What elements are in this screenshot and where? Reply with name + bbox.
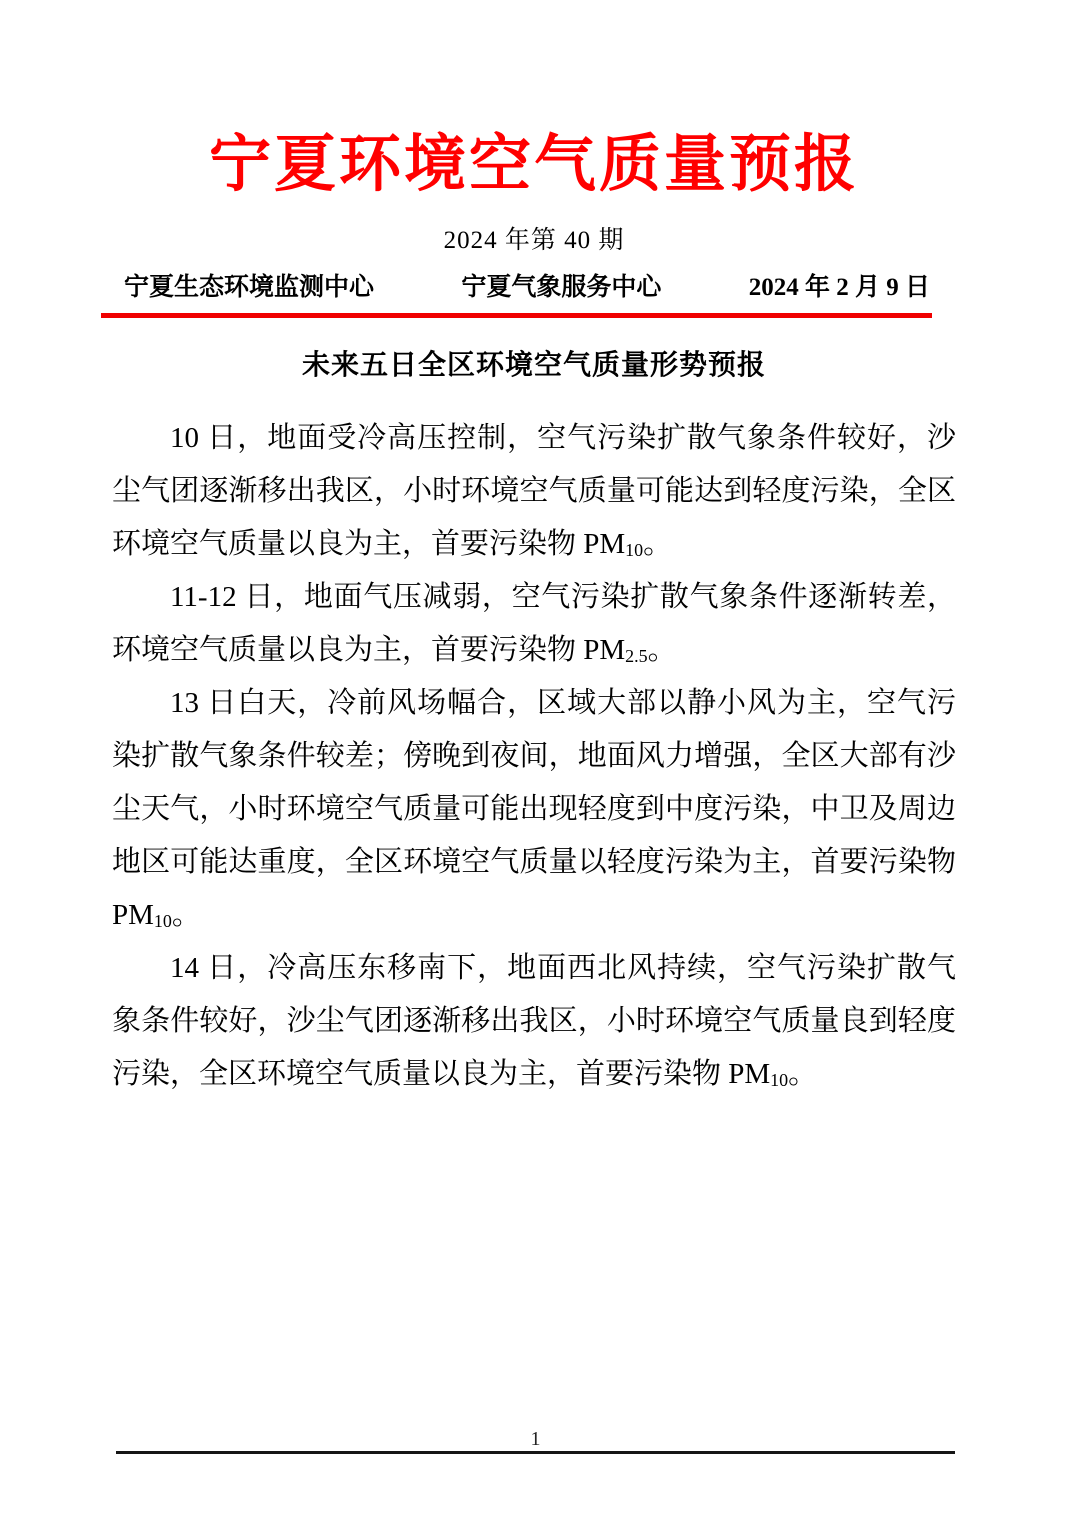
document-page: 宁夏环境空气质量预报 2024 年第 40 期 宁夏生态环境监测中心 宁夏气象服…	[0, 0, 1074, 1520]
text-run: 13 日白天，冷前风场幅合，区域大部以静小风为主，空气污染扩散气象条件较差；傍晚…	[112, 687, 956, 931]
document-title: 宁夏环境空气质量预报	[112, 132, 956, 198]
publish-date: 2024 年 2 月 9 日	[749, 272, 930, 304]
text-run: 14 日，冷高压东移南下，地面西北风持续，空气污染扩散气象条件较好，沙尘气团逐渐…	[112, 952, 956, 1090]
forecast-paragraph-day13: 13 日白天，冷前风场幅合，区域大部以静小风为主，空气污染扩散气象条件较差；傍晚…	[112, 677, 956, 942]
pollutant-subscript: 10	[625, 540, 643, 560]
text-run: 。	[172, 899, 201, 931]
forecast-paragraph-day10: 10 日，地面受冷高压控制，空气污染扩散气象条件较好，沙尘气团逐渐移出我区，小时…	[112, 412, 956, 571]
pollutant-subscript: 10	[770, 1070, 788, 1090]
text-run: 。	[643, 528, 672, 560]
page-footer: 1	[116, 1427, 955, 1454]
pollutant-subscript: 2.5	[625, 646, 647, 666]
pollutant-subscript: 10	[154, 911, 172, 931]
issue-number: 2024 年第 40 期	[112, 224, 956, 258]
header-row: 宁夏生态环境监测中心 宁夏气象服务中心 2024 年 2 月 9 日	[112, 272, 956, 304]
page-number: 1	[531, 1427, 541, 1451]
forecast-paragraph-day11-12: 11-12 日，地面气压减弱，空气污染扩散气象条件逐渐转差，环境空气质量以良为主…	[112, 571, 956, 677]
red-divider-line	[101, 313, 932, 318]
text-run: 。	[788, 1058, 817, 1090]
text-run: 。	[648, 634, 677, 666]
org-monitoring-center: 宁夏生态环境监测中心	[124, 272, 374, 304]
org-weather-center: 宁夏气象服务中心	[461, 272, 661, 304]
section-title: 未来五日全区环境空气质量形势预报	[112, 348, 956, 384]
forecast-paragraph-day14: 14 日，冷高压东移南下，地面西北风持续，空气污染扩散气象条件较好，沙尘气团逐渐…	[112, 942, 956, 1101]
text-run: 11-12 日，地面气压减弱，空气污染扩散气象条件逐渐转差，环境空气质量以良为主…	[112, 581, 956, 666]
text-run: 10 日，地面受冷高压控制，空气污染扩散气象条件较好，沙尘气团逐渐移出我区，小时…	[112, 422, 956, 560]
forecast-body: 10 日，地面受冷高压控制，空气污染扩散气象条件较好，沙尘气团逐渐移出我区，小时…	[112, 412, 956, 1101]
